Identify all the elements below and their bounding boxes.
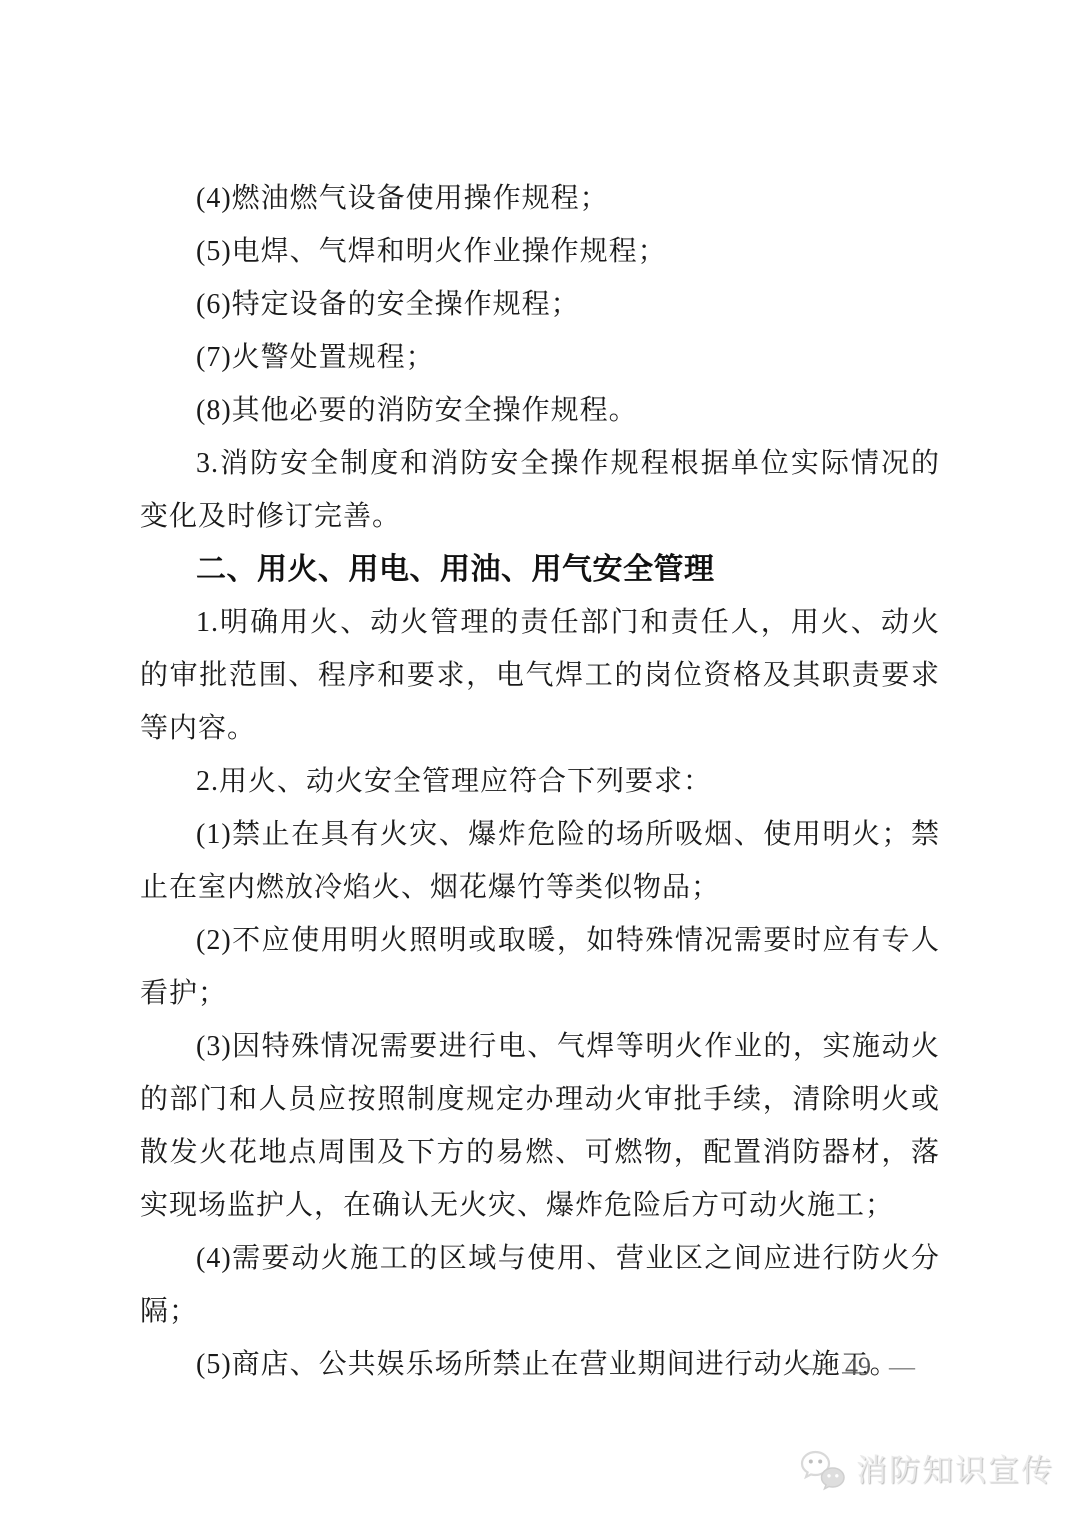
- list-item: (1)禁止在具有火灾、爆炸危险的场所吸烟、使用明火；禁止在室内燃放冷焰火、烟花爆…: [140, 808, 940, 914]
- document-page: (4)燃油燃气设备使用操作规程； (5)电焊、气焊和明火作业操作规程； (6)特…: [0, 0, 1080, 1527]
- page-number: — 49 —: [801, 1352, 915, 1382]
- list-item: (4)燃油燃气设备使用操作规程；: [140, 172, 940, 225]
- list-item: (7)火警处置规程；: [140, 331, 940, 384]
- list-item: (6)特定设备的安全操作规程；: [140, 278, 940, 331]
- page-number-dash-right: —: [889, 1352, 915, 1382]
- list-item: (2)不应使用明火照明或取暖，如特殊情况需要时应有专人看护；: [140, 914, 940, 1020]
- paragraph: 2.用火、动火安全管理应符合下列要求：: [140, 755, 940, 808]
- list-item: (8)其他必要的消防安全操作规程。: [140, 384, 940, 437]
- wechat-icon: [798, 1449, 848, 1493]
- paragraph: 3.消防安全制度和消防安全操作规程根据单位实际情况的变化及时修订完善。: [140, 437, 940, 543]
- list-item: (5)电焊、气焊和明火作业操作规程；: [140, 225, 940, 278]
- page-number-dash-left: —: [801, 1352, 827, 1382]
- page-content: (4)燃油燃气设备使用操作规程； (5)电焊、气焊和明火作业操作规程； (6)特…: [140, 172, 940, 1391]
- list-item: (4)需要动火施工的区域与使用、营业区之间应进行防火分隔；: [140, 1232, 940, 1338]
- page-number-value: 49: [845, 1352, 871, 1382]
- list-item: (3)因特殊情况需要进行电、气焊等明火作业的，实施动火的部门和人员应按照制度规定…: [140, 1020, 940, 1232]
- paragraph: 1.明确用火、动火管理的责任部门和责任人，用火、动火的审批范围、程序和要求，电气…: [140, 596, 940, 755]
- section-heading: 二、用火、用电、用油、用气安全管理: [140, 543, 940, 596]
- watermark: 消防知识宣传: [798, 1448, 1054, 1494]
- watermark-label: 消防知识宣传: [856, 1448, 1054, 1494]
